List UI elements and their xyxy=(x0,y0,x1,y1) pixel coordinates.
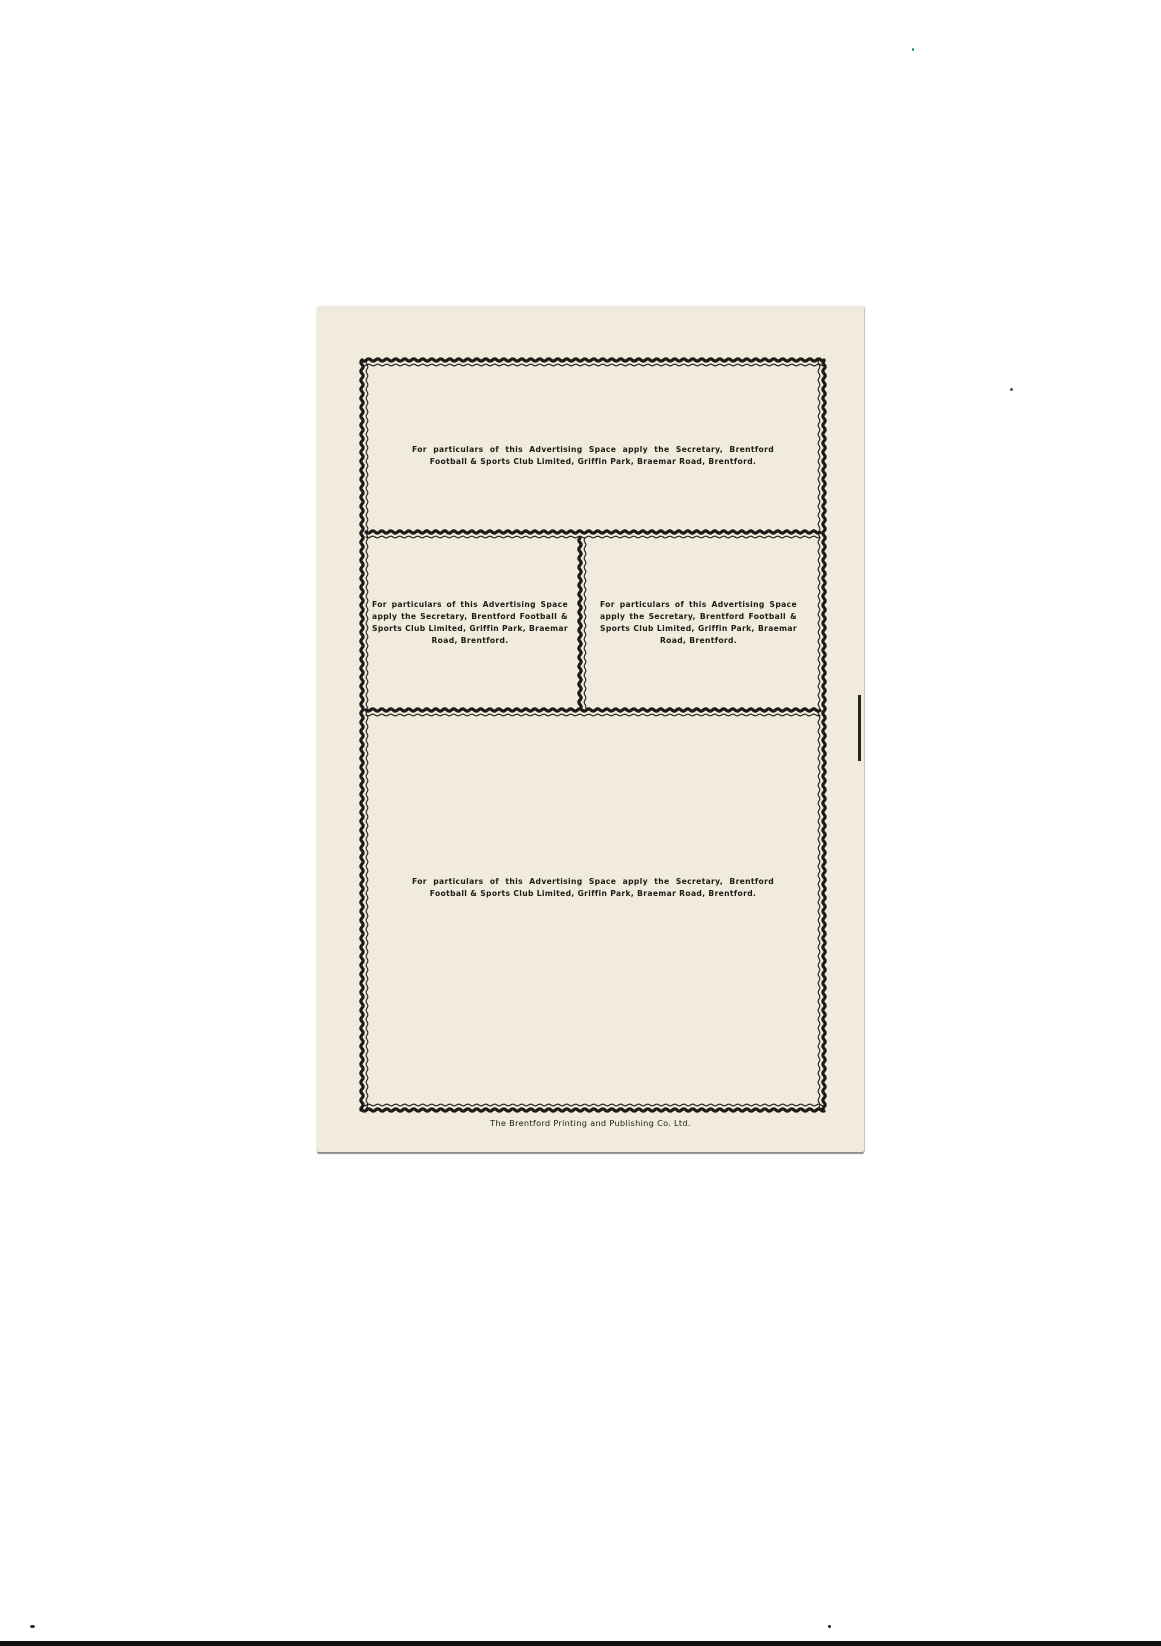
dust-speck xyxy=(1010,388,1013,391)
wavy-border-rules xyxy=(360,358,826,1112)
scan-edge-bar xyxy=(0,1641,1161,1646)
advert-panel-bottom-text: For particulars of this Advertising Spac… xyxy=(412,876,774,900)
advert-frame: For particulars of this Advertising Spac… xyxy=(360,358,826,1112)
advert-panel-left-text: For particulars of this Advertising Spac… xyxy=(372,599,568,647)
dust-speck xyxy=(30,1625,35,1628)
printer-credit: The Brentford Printing and Publishing Co… xyxy=(317,1118,864,1128)
spine-staple-edge xyxy=(858,695,861,761)
advert-panel-right-text: For particulars of this Advertising Spac… xyxy=(600,599,797,647)
advert-panel-top-text: For particulars of this Advertising Spac… xyxy=(412,444,774,468)
programme-page: For particulars of this Advertising Spac… xyxy=(317,306,864,1152)
dust-speck xyxy=(828,1625,831,1628)
dust-speck xyxy=(912,48,914,51)
